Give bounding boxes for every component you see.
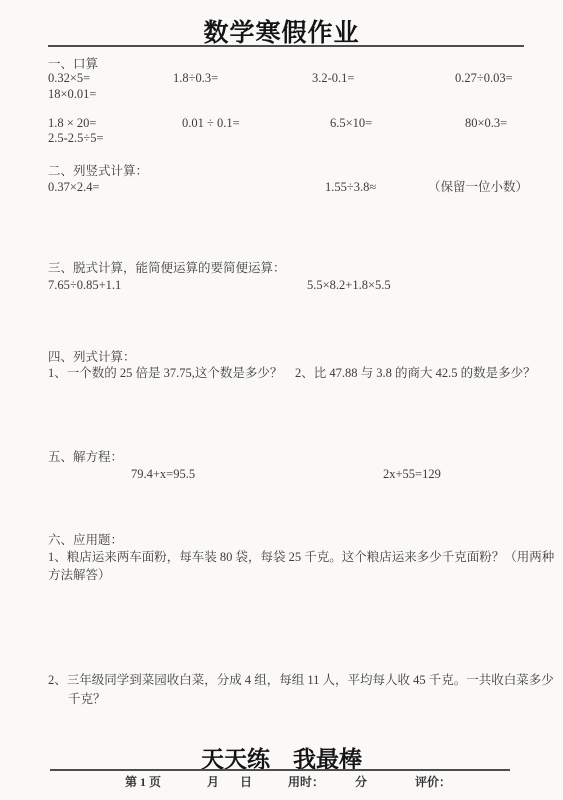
word-problem-2-line1: 2、三年级同学到菜园收白菜，分成 4 组，每组 11 人，平均每人收 45 千克…	[48, 673, 554, 687]
section-5-header: 五、解方程：	[48, 450, 123, 464]
expression-problem: 2、比 47.88 与 3.8 的商大 42.5 的数是多少？	[295, 366, 536, 380]
footer-month-label: 月	[207, 775, 219, 789]
expression-problem: 1、一个数的 25 倍是 37.75,这个数是多少？	[48, 366, 282, 380]
vertical-calc-problem: 1.55÷3.8≈	[325, 180, 376, 194]
oral-calc-problem: 6.5×10=	[330, 116, 372, 130]
section-6-header: 六、应用题：	[48, 533, 123, 547]
oral-calc-problem: 18×0.01=	[48, 87, 96, 101]
oral-calc-problem: 80×0.3=	[465, 116, 507, 130]
worksheet-page: 数学寒假作业 一、口算 0.32×5= 1.8÷0.3= 3.2-0.1= 0.…	[0, 0, 563, 800]
footer-page-number: 第 1 页	[125, 775, 161, 789]
oral-calc-problem: 0.27÷0.03=	[455, 71, 513, 85]
section-3-header: 三、脱式计算，能简便运算的要简便运算：	[48, 261, 286, 275]
page-title: 数学寒假作业	[0, 13, 563, 49]
section-2-header: 二、列竖式计算：	[48, 164, 148, 178]
word-problem-1-line2: 方法解答）	[48, 568, 111, 582]
footer-time-label: 用时：	[288, 775, 324, 789]
section-4-header: 四、列式计算：	[48, 350, 136, 364]
equation-problem: 2x+55=129	[383, 467, 441, 481]
oral-calc-problem: 1.8÷0.3=	[173, 71, 218, 85]
section-1-header: 一、口算	[48, 57, 98, 71]
word-problem-2-line2: 千克？	[68, 692, 106, 706]
oral-calc-problem: 1.8 × 20=	[48, 116, 96, 130]
footer-minute-label: 分	[355, 775, 367, 789]
title-divider	[48, 45, 524, 47]
equation-problem: 79.4+x=95.5	[131, 467, 195, 481]
oral-calc-problem: 3.2-0.1=	[312, 71, 354, 85]
rounding-note: （保留一位小数）	[428, 180, 528, 194]
footer-day-label: 日	[240, 775, 252, 789]
step-calc-problem: 7.65÷0.85+1.1	[48, 278, 121, 292]
footer-rating-label: 评价：	[415, 775, 451, 789]
oral-calc-problem: 0.32×5=	[48, 71, 90, 85]
footer-divider	[50, 769, 510, 771]
step-calc-problem: 5.5×8.2+1.8×5.5	[307, 278, 391, 292]
vertical-calc-problem: 0.37×2.4=	[48, 180, 100, 194]
word-problem-1-line1: 1、粮店运来两车面粉，每车装 80 袋，每袋 25 千克。这个粮店运来多少千克面…	[48, 550, 554, 564]
oral-calc-problem: 2.5-2.5÷5=	[48, 131, 104, 145]
oral-calc-problem: 0.01 ÷ 0.1=	[182, 116, 240, 130]
